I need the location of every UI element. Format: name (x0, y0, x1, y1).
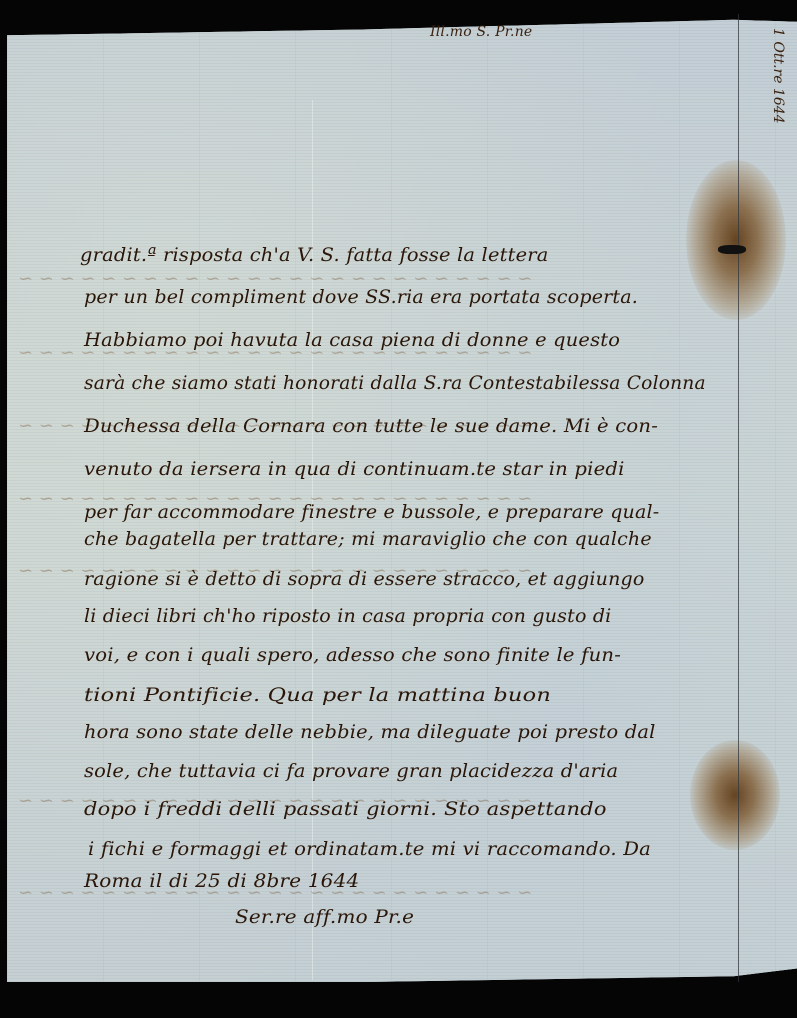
header-annotation: Ill.mo S. Pr.ne (430, 24, 532, 40)
letter-line-4: sarà che siamo stati honorati dalla S.ra… (84, 374, 706, 393)
letter-line-15: dopo i freddi delli passati giorni. Sto … (84, 800, 607, 819)
letter-line-10: li dieci libri ch'ho riposto in casa pro… (84, 607, 611, 626)
letter-line-13: hora sono state delle nebbie, ma dilegua… (84, 723, 656, 742)
letter-signature: Ser.re aff.mo Pr.e (235, 908, 414, 927)
ink-blot (718, 245, 746, 254)
letter-line-16: i fichi e formaggi et ordinatam.te mi vi… (88, 840, 651, 859)
letter-line-11: voi, e con i quali spero, adesso che son… (84, 646, 621, 665)
letter-line-8: che bagatella per trattare; mi maravigli… (84, 530, 652, 549)
letter-line-9: ragione si è detto di sopra di essere st… (84, 570, 645, 589)
letter-line-2: per un bel compliment dove SS.ria era po… (84, 288, 638, 307)
scanned-document: ~ ~ ~ ~ ~ ~ ~ ~ ~ ~ ~ ~ ~ ~ ~ ~ ~ ~ ~ ~ … (0, 0, 797, 1018)
foxing-stain-bottom (690, 740, 780, 850)
letter-line-1: gradit.ª risposta ch'a V. S. fatta fosse… (80, 246, 549, 265)
letter-line-5: Duchessa della Cornara con tutte le sue … (84, 417, 658, 436)
fold-line (738, 14, 739, 982)
letter-line-7: per far accommodare finestre e bussole, … (84, 503, 659, 522)
letter-line-3: Habbiamo poi havuta la casa piena di don… (84, 331, 620, 350)
margin-annotation: 1 Ott.re 1644 (768, 28, 788, 124)
letter-date-line: Roma il di 25 di 8bre 1644 (84, 872, 359, 891)
letter-line-14: sole, che tuttavia ci fa provare gran pl… (84, 762, 618, 781)
letter-line-6: venuto da iersera in qua di continuam.te… (84, 460, 625, 479)
foxing-stain-top (686, 160, 786, 320)
letter-line-12: tioni Pontificie. Qua per la mattina buo… (84, 686, 551, 705)
